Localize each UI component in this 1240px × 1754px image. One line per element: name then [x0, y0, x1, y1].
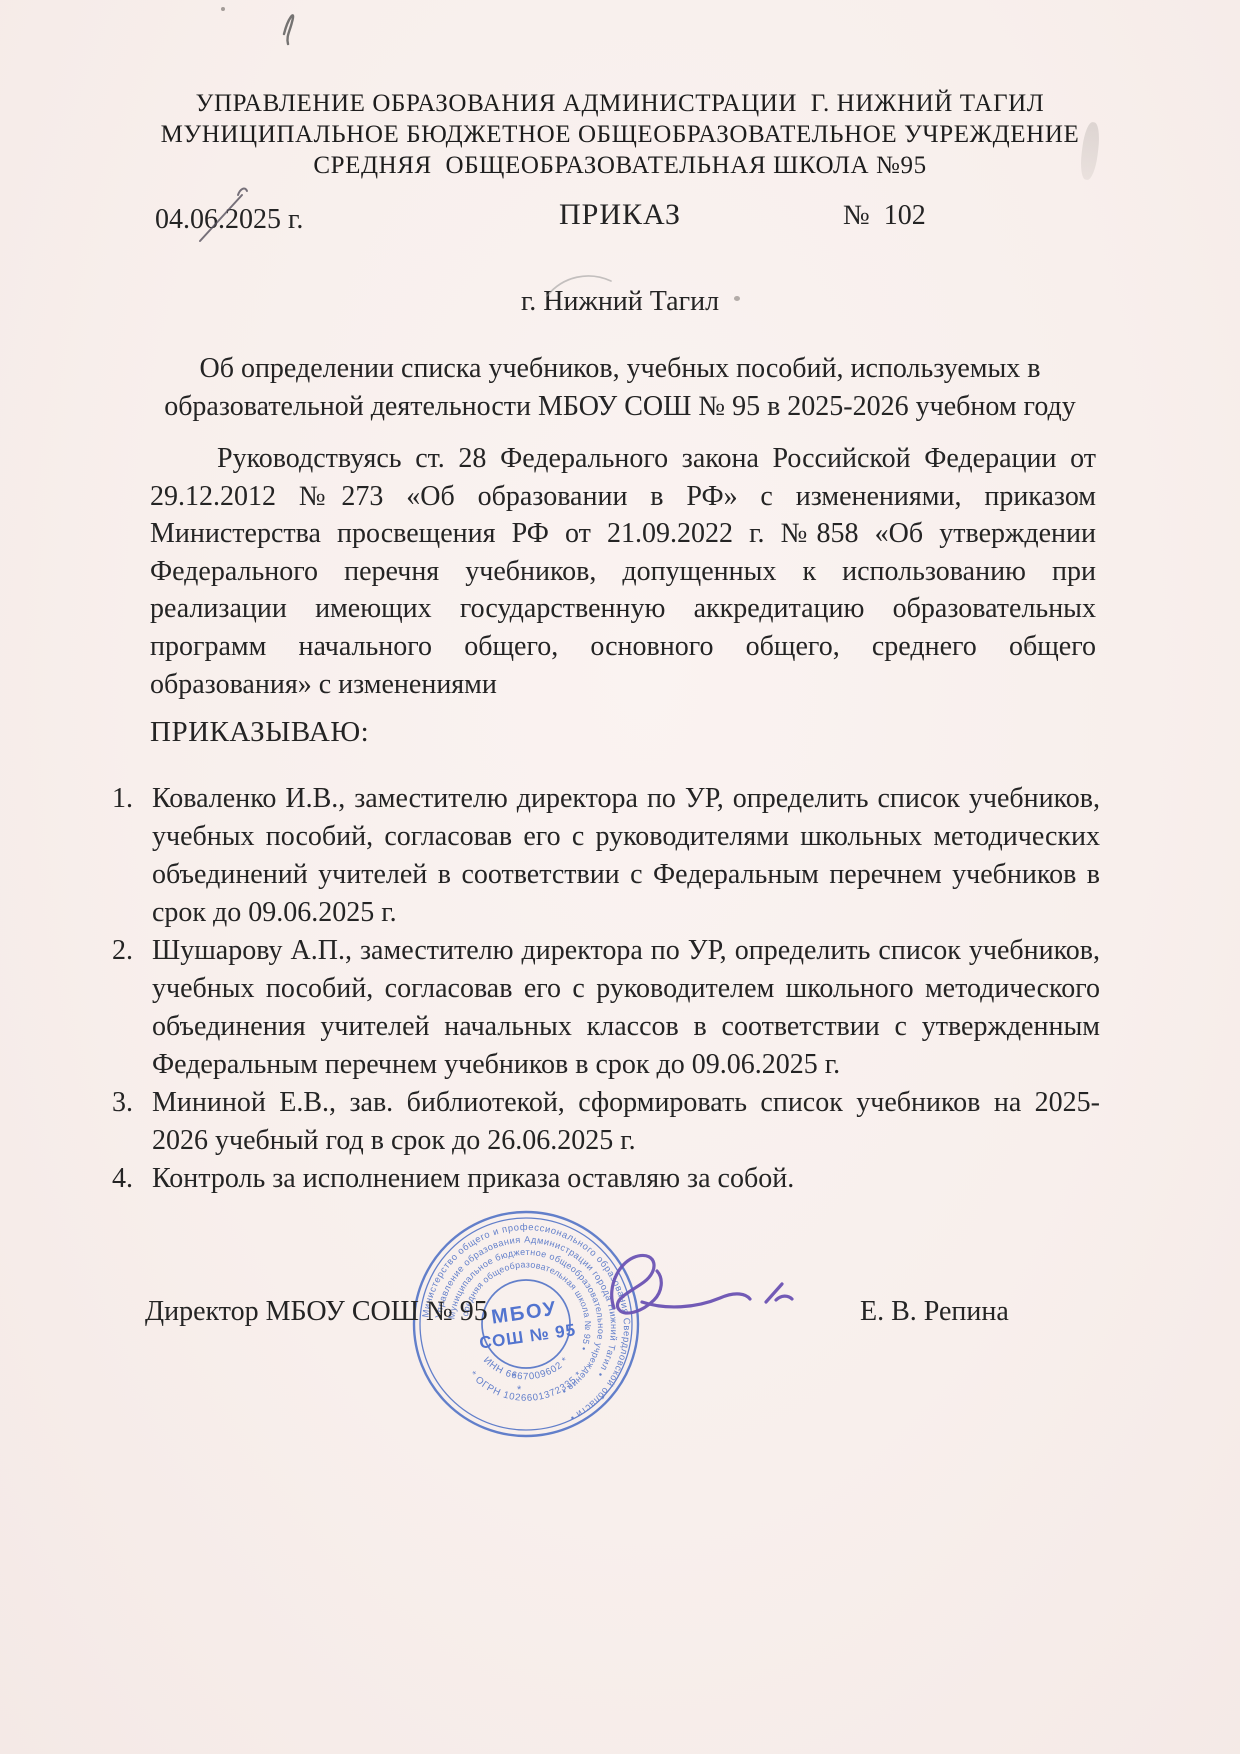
letterhead-line-school: СРЕДНЯЯ ОБЩЕОБРАЗОВАТЕЛЬНАЯ ШКОЛА №95	[0, 150, 1240, 181]
scanned-order-document: УПРАВЛЕНИЕ ОБРАЗОВАНИЯ АДМИНИСТРАЦИИ Г. …	[0, 0, 1240, 1754]
signer-position-title: Директор МБОУ СОШ № 95	[145, 1296, 488, 1328]
stamp-star-bottom: *	[517, 1384, 522, 1396]
directive-item-text: Коваленко И.В., заместителю директора по…	[152, 780, 1100, 932]
directive-item-text: Шушарову А.П., заместителю директора по …	[152, 932, 1100, 1084]
directive-item-text: Мининой Е.В., зав. библиотекой, сформиро…	[152, 1084, 1100, 1160]
letterhead: УПРАВЛЕНИЕ ОБРАЗОВАНИЯ АДМИНИСТРАЦИИ Г. …	[0, 88, 1240, 181]
order-number: № 102	[843, 200, 926, 232]
order-subject: Об определении списка учебников, учебных…	[115, 350, 1125, 426]
order-city: г. Нижний Тагил	[0, 286, 1240, 318]
director-signature	[596, 1246, 811, 1351]
order-meta-row: 04.06.2025 г. ПРИКАЗ № 102	[0, 198, 1240, 240]
signer-name: Е. В. Репина	[860, 1296, 1009, 1328]
order-subject-line1: Об определении списка учебников, учебных…	[115, 350, 1125, 388]
directive-heading: ПРИКАЗЫВАЮ:	[150, 716, 369, 749]
directive-item: 2. Шушарову А.П., заместителю директора …	[108, 932, 1100, 1084]
directive-item-number: 4.	[108, 1160, 152, 1198]
pen-mark-top	[276, 4, 306, 50]
directive-item: 3. Мининой Е.В., зав. библиотекой, сформ…	[108, 1084, 1100, 1160]
scan-speck	[221, 7, 225, 11]
letterhead-line-institution: МУНИЦИПАЛЬНОЕ БЮДЖЕТНОЕ ОБЩЕОБРАЗОВАТЕЛЬ…	[0, 119, 1240, 150]
signature-stroke	[596, 1246, 811, 1351]
order-preamble: Руководствуясь ст. 28 Федерального закон…	[150, 440, 1096, 703]
document-type-title: ПРИКАЗ	[0, 198, 1240, 232]
directive-item-number: 2.	[108, 932, 152, 1084]
letterhead-line-authority: УПРАВЛЕНИЕ ОБРАЗОВАНИЯ АДМИНИСТРАЦИИ Г. …	[0, 88, 1240, 119]
order-subject-line2: образовательной деятельности МБОУ СОШ № …	[115, 388, 1125, 426]
stamp-star-top: *	[512, 1371, 517, 1383]
directive-item-text: Контроль за исполнением приказа оставляю…	[152, 1160, 1100, 1198]
directive-item: 1. Коваленко И.В., заместителю директора…	[108, 780, 1100, 932]
directive-item-number: 3.	[108, 1084, 152, 1160]
directive-item: 4. Контроль за исполнением приказа остав…	[108, 1160, 1100, 1198]
directive-list: 1. Коваленко И.В., заместителю директора…	[108, 780, 1100, 1198]
directive-item-number: 1.	[108, 780, 152, 932]
